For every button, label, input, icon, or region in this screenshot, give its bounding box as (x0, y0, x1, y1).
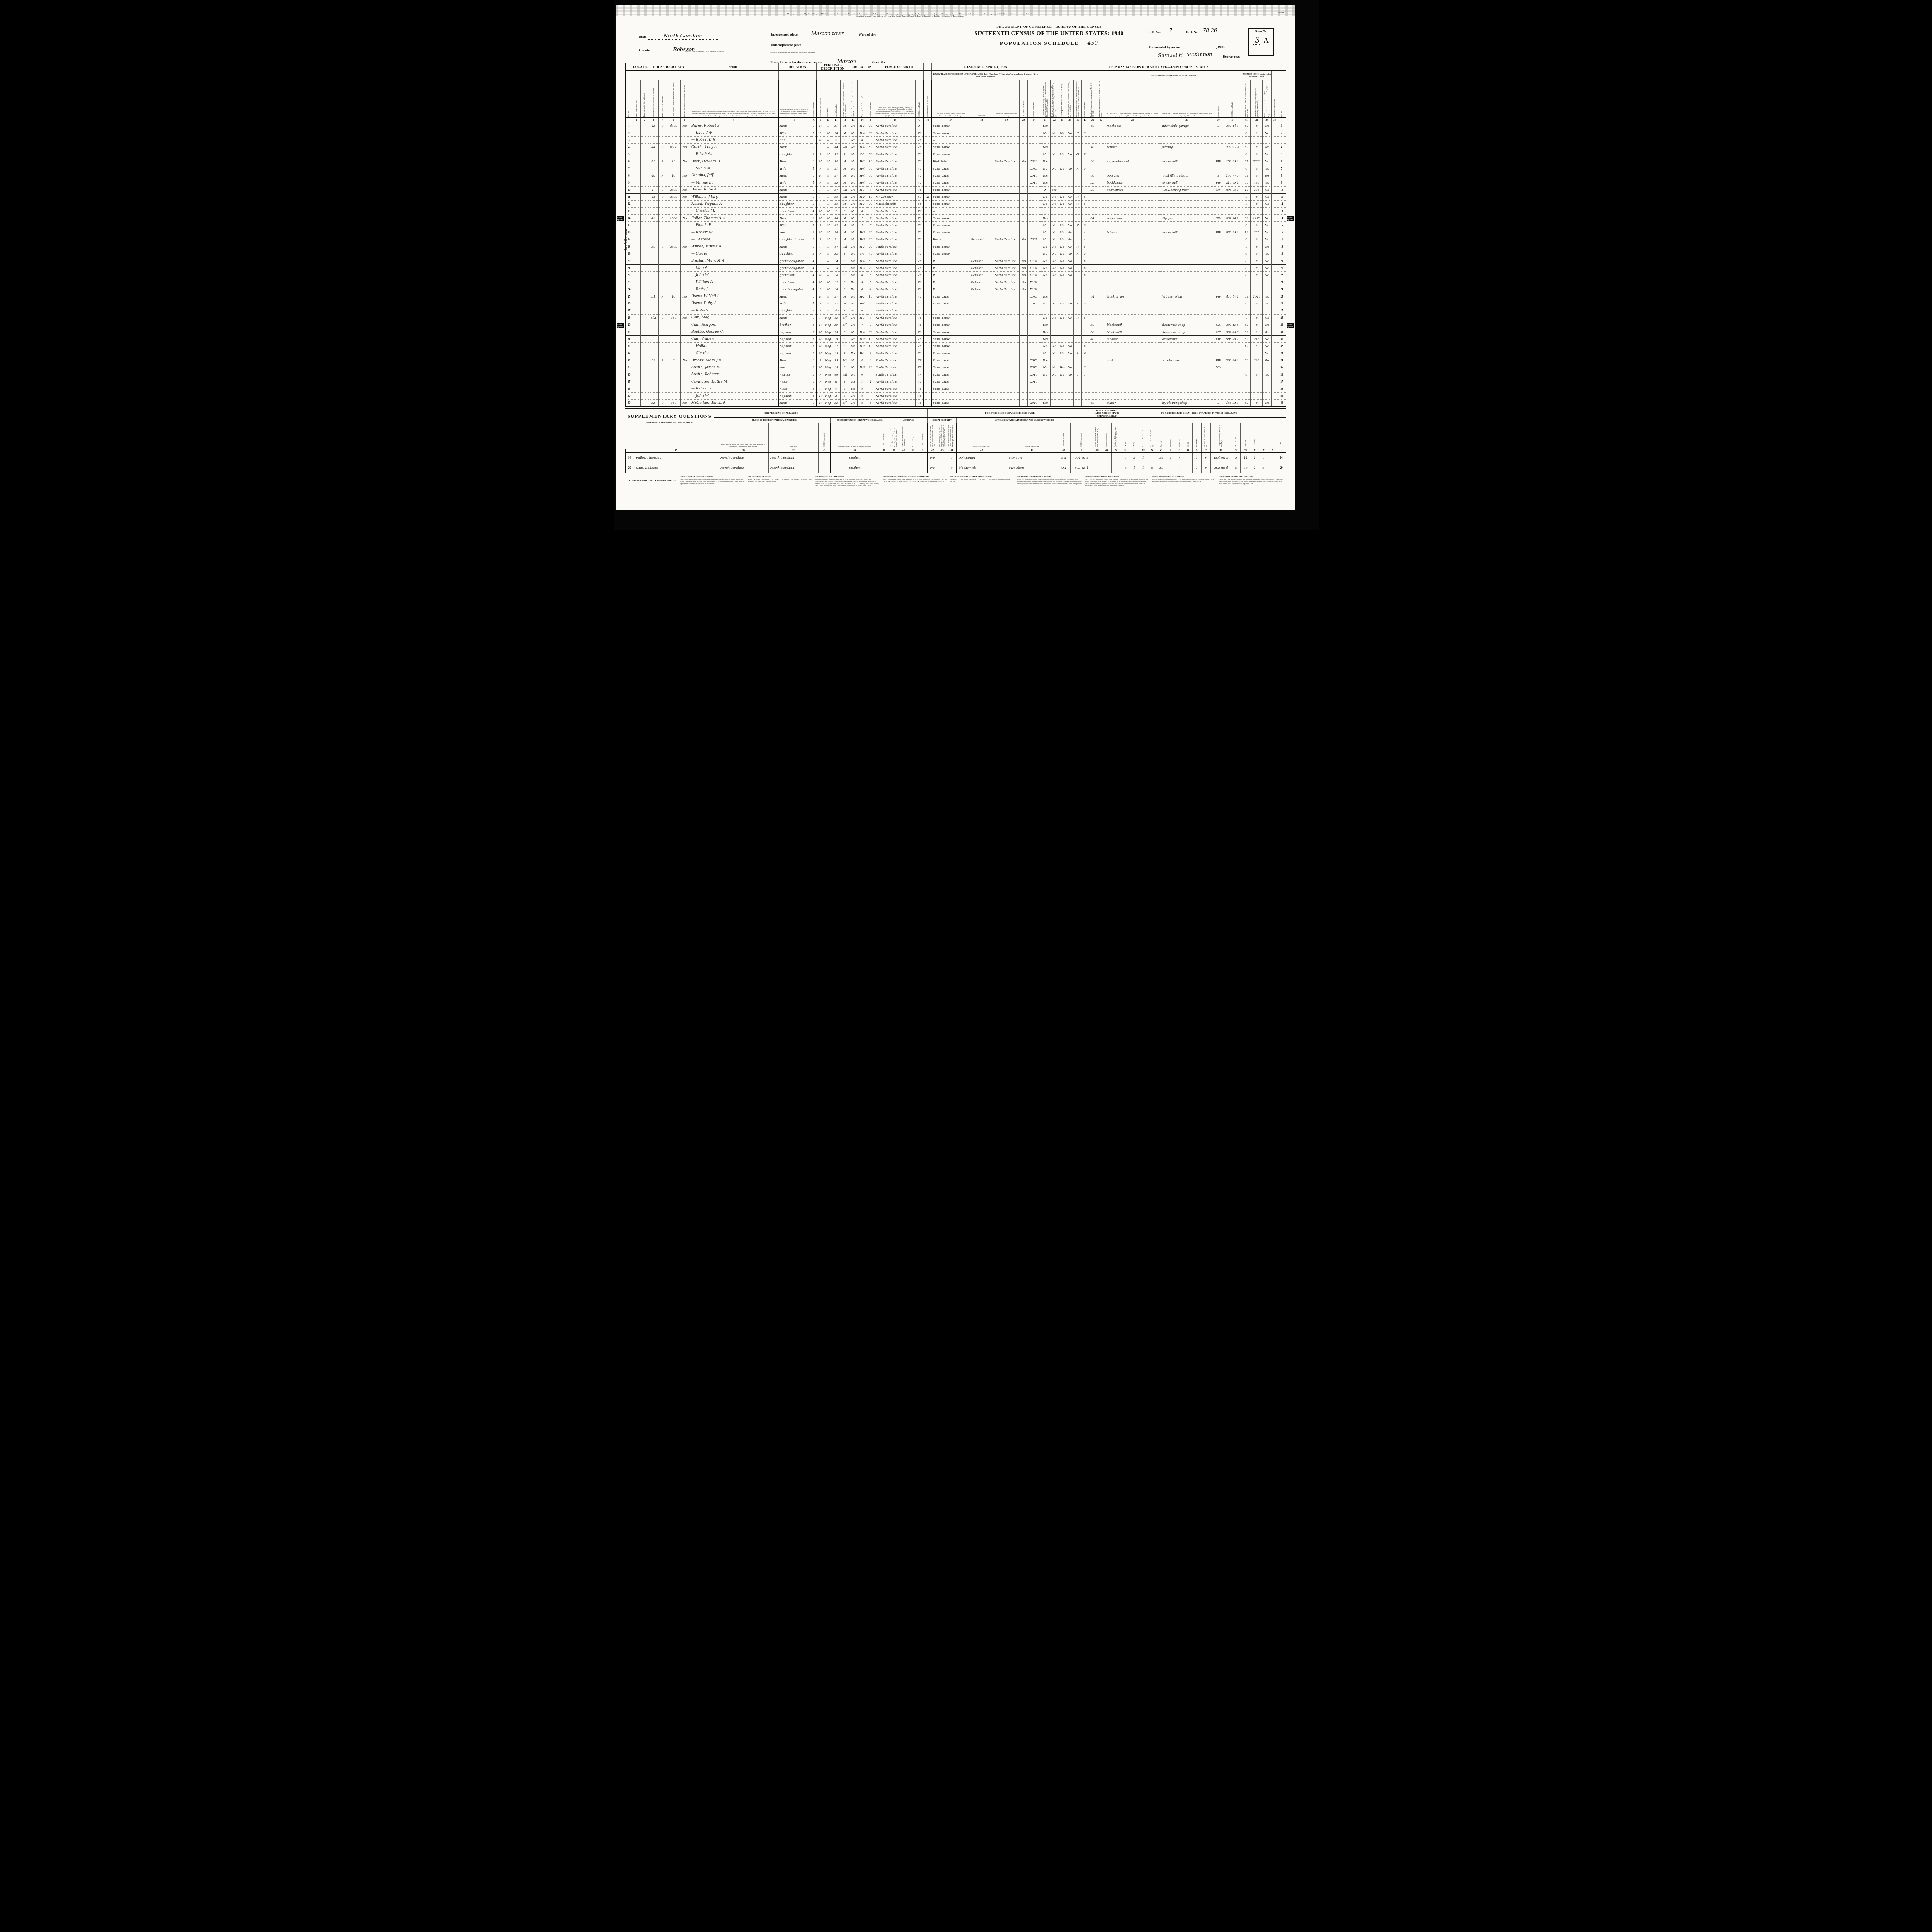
cell: Neg (824, 335, 832, 342)
cell: 76 (915, 328, 923, 335)
cell: No (1263, 179, 1271, 186)
cell: No (1066, 222, 1074, 229)
cell (908, 463, 918, 473)
cell: 2 (810, 151, 817, 158)
cell: 496 06 2 (1223, 186, 1242, 193)
cell (1223, 364, 1242, 371)
cell (1074, 158, 1082, 165)
cell: 6 (1082, 343, 1088, 350)
cell: superintendent (1105, 158, 1160, 165)
cell (633, 272, 641, 279)
cell: 1 (810, 129, 817, 136)
cell: 1 (1192, 463, 1201, 473)
cell: PW (1214, 335, 1223, 342)
cell: H-4 (857, 257, 867, 264)
cell (1105, 264, 1160, 271)
cell: Same house (931, 321, 970, 328)
column-header: Is this person a veteran of the United S… (889, 423, 899, 448)
cell (680, 201, 689, 207)
column-group-header (849, 71, 874, 80)
cell (1105, 378, 1160, 385)
cell: No (1263, 236, 1271, 243)
cell: No (1050, 343, 1058, 350)
cell (1271, 343, 1278, 350)
cell (658, 364, 667, 371)
sheet-number-label: Sheet No. (1249, 30, 1273, 33)
cell (923, 300, 931, 307)
cell (1082, 158, 1088, 165)
cell: 0 (1242, 314, 1251, 321)
cell: 5 (1148, 463, 1156, 473)
cell (1050, 293, 1058, 300)
cell: M (817, 400, 824, 406)
column-header: Value of home, if owned, or monthly rent… (667, 80, 680, 118)
cell: 76 (915, 392, 923, 399)
cell: 750 (667, 314, 680, 321)
cell (1160, 364, 1214, 371)
line-number: 8 (1278, 172, 1286, 179)
cell (633, 215, 641, 222)
line-number: 14 (1277, 453, 1286, 463)
cell: No (1058, 257, 1066, 264)
column-number: E (1082, 118, 1088, 122)
cell (1223, 350, 1242, 357)
cell: H-3 (857, 364, 867, 371)
cell (1097, 222, 1105, 229)
cell (641, 264, 648, 271)
cell (923, 186, 931, 193)
column-header (1259, 423, 1268, 448)
cell (993, 144, 1019, 151)
cell (923, 335, 931, 342)
cell: Yes (849, 350, 857, 357)
cell (1050, 307, 1058, 314)
cell (1082, 328, 1088, 335)
cell: 76 (915, 279, 923, 286)
cell (1066, 122, 1074, 129)
cell: North Carolina (874, 378, 916, 385)
scanned-census-sheet: 16-22A Your report is required by Act of… (614, 0, 1319, 530)
cell: Yes (1040, 158, 1050, 165)
column-group-header: OCCUPATION, INDUSTRY, AND CLASS OF WORKE… (1105, 71, 1242, 80)
note-section: Col. 5. VALUE OF HOME, IF OWNED:Where ow… (680, 476, 745, 487)
cell (641, 207, 648, 214)
cell: 0 (1242, 201, 1251, 207)
cell (648, 179, 658, 186)
cell: No (849, 250, 857, 257)
cell: No (1050, 236, 1058, 243)
cell: V (1201, 453, 1210, 463)
cell (1050, 179, 1058, 186)
cell: mechanic (1105, 122, 1160, 129)
note-section: Col. 41. WAR OR MILITARY SERVICE:World W… (1219, 476, 1284, 487)
cell (923, 165, 931, 172)
cell (1160, 129, 1214, 136)
cell: Yes (1040, 179, 1050, 186)
column-header: USUAL OCCUPATION (957, 423, 1007, 448)
cell: 76 (915, 385, 923, 392)
cell: 0 (810, 172, 817, 179)
cell (658, 350, 667, 357)
column-header: If not, was he at work on, or assigned t… (1050, 80, 1058, 118)
cell: 76 (915, 300, 923, 307)
column-header: COUNTY (970, 80, 993, 118)
cell: niece (778, 378, 810, 385)
cell (1088, 350, 1097, 357)
cell (1027, 129, 1040, 136)
cell: 0 (947, 463, 957, 473)
column-header: Color or race (824, 80, 832, 118)
column-header: USUAL INDUSTRY (1007, 423, 1057, 448)
cell: S (840, 207, 849, 214)
column-header: Fm. res. and Sex (6 and 9) (1139, 423, 1148, 448)
line-number: 13 (625, 207, 633, 214)
cell (1058, 357, 1066, 364)
cell: Yes (1066, 229, 1074, 236)
line-number: 37 (625, 378, 633, 385)
line-number: 21 (1278, 264, 1286, 271)
line-number: 33 (625, 350, 633, 357)
column-header: Occupation, industry, and class of worke… (1210, 423, 1232, 448)
cell (918, 453, 928, 463)
cell: No (1058, 165, 1066, 172)
cell (970, 321, 993, 328)
cell: North Carolina (874, 400, 916, 406)
cell: — Robert E Jr (689, 136, 779, 143)
cell: brother (778, 321, 810, 328)
column-number: A (810, 118, 817, 122)
cell: 76 (915, 307, 923, 314)
line-number: 21 (625, 264, 633, 271)
cell: Same house (931, 122, 970, 129)
cell (658, 343, 667, 350)
cell (1271, 314, 1278, 321)
cell (1027, 328, 1040, 335)
cell: Same place (931, 357, 970, 364)
column-header: Line No. (625, 80, 633, 118)
cell: W (824, 300, 832, 307)
cell: H (1074, 243, 1082, 250)
column-number: 2 (641, 118, 648, 122)
cell (889, 453, 899, 463)
ed-label: E. D. No. (1186, 30, 1199, 34)
cell (993, 136, 1019, 143)
cell: F (817, 250, 824, 257)
cell (1074, 236, 1082, 243)
cell: South Carolina (874, 243, 916, 250)
cell (1242, 136, 1251, 143)
cell: H-4 (857, 129, 867, 136)
cell (1066, 286, 1074, 293)
cell (1082, 307, 1088, 314)
cell: No (1066, 201, 1074, 207)
suppl-quest-stamp-right-29: SUPPL. QUEST. (1287, 323, 1294, 328)
cell: No (849, 172, 857, 179)
cell (1223, 207, 1242, 214)
cell (1271, 371, 1278, 378)
cell (1088, 136, 1097, 143)
cell: North Carolina (874, 272, 916, 279)
cell: W (824, 151, 832, 158)
cell (923, 286, 931, 293)
column-number (1278, 118, 1286, 122)
cell: M (840, 179, 849, 186)
cell: S (840, 335, 849, 342)
cell: Neg (824, 378, 832, 385)
column-header: Cit. (16) (1184, 423, 1192, 448)
cell: 4 (867, 357, 874, 364)
cell: 19 (832, 335, 840, 342)
cell: No (1066, 264, 1074, 271)
cell: Yes (1040, 335, 1050, 342)
cell: 156 98 3 (1223, 400, 1242, 406)
cell (633, 264, 641, 271)
cell (680, 335, 689, 342)
column-number (625, 118, 633, 122)
cell: 0 (1251, 151, 1263, 158)
cell (1097, 129, 1105, 136)
cell: S (1074, 343, 1082, 350)
cell: 0 (810, 122, 817, 129)
cell (923, 136, 931, 143)
cell (1074, 357, 1082, 364)
cell: S (840, 250, 849, 257)
cell (867, 307, 874, 314)
column-header: Street, avenue, road, etc. (633, 80, 641, 118)
cell: 45 (648, 158, 658, 165)
cell: S (840, 328, 849, 335)
column-number: R (1184, 448, 1192, 453)
cell (1066, 207, 1074, 214)
cell: H-3 (857, 236, 867, 243)
cell: Covington, Hattie M. (689, 378, 779, 385)
note-section-body: Enter "Yes" for a person (not seeking wo… (1085, 478, 1150, 487)
cell (1027, 335, 1040, 342)
cell: 52 (1242, 215, 1251, 222)
cell (1223, 257, 1242, 264)
column-number: 42 (928, 448, 937, 453)
cell: 0 (1251, 144, 1263, 151)
cell: C-2 (857, 151, 867, 158)
cell: Ot (1074, 151, 1082, 158)
cell: 240 (1251, 335, 1263, 342)
line-number: 24 (1278, 286, 1286, 293)
cell: GW (1214, 215, 1223, 222)
cell (923, 243, 931, 250)
cell (1020, 328, 1027, 335)
cell (923, 293, 931, 300)
cell: North Carolina (874, 186, 916, 193)
suppl-quest-stamp-right-14: SUPPL. QUEST. (1287, 216, 1294, 221)
cell: Same place (931, 385, 970, 392)
cell: 50 (1242, 357, 1251, 364)
cell: 5 (1082, 193, 1088, 200)
cell: 2500 (667, 243, 680, 250)
cell (667, 222, 680, 229)
cell: W (824, 243, 832, 250)
cell: 7631 (1027, 236, 1040, 243)
cell: No (1058, 314, 1066, 321)
cell: 76 (915, 335, 923, 342)
cell: 0 (1242, 236, 1251, 243)
cell: No (680, 400, 689, 406)
cell (1214, 257, 1223, 264)
cell: 00 (1241, 463, 1250, 473)
cell: 0 (1251, 272, 1263, 279)
cell: M (840, 172, 849, 179)
cell: 52 (1242, 335, 1251, 342)
column-header: Line No. (1277, 423, 1286, 448)
cell (658, 272, 667, 279)
cell: H (1074, 314, 1082, 321)
cell: 50 (1088, 321, 1097, 328)
suppl-quest-stamp-left-29: SUPPL. QUEST. (617, 323, 624, 328)
column-group-header (1278, 63, 1286, 71)
cell: 74 (1088, 293, 1097, 300)
cell: H-1 (857, 186, 867, 193)
cell: No (1058, 264, 1066, 271)
cell: Austin, James E. (689, 364, 779, 371)
cell: 2 (1166, 453, 1175, 463)
cell: 0 (810, 193, 817, 200)
cell (1271, 257, 1278, 264)
note-section-body: None....0; Elementary school, 1st to 8th… (883, 478, 947, 483)
cell: 11 (1241, 453, 1250, 463)
cell (1040, 286, 1050, 293)
cell (1097, 136, 1105, 143)
cell (1058, 136, 1066, 143)
line-number: 14 (1278, 215, 1286, 222)
cell: 0 (1242, 129, 1251, 136)
cell (1088, 165, 1097, 172)
cell: No (680, 144, 689, 151)
cell (970, 151, 993, 158)
cell: W (824, 207, 832, 214)
column-header: CODE (Leave blank) (1071, 423, 1092, 448)
cell: F (817, 222, 824, 229)
line-number: 15 (1278, 222, 1286, 229)
cell (641, 378, 648, 385)
cell: No (1050, 350, 1058, 357)
column-number: 21 (1040, 118, 1050, 122)
cell: 4 (810, 279, 817, 286)
cell (1105, 136, 1160, 143)
cell (1050, 321, 1058, 328)
cell: Yes (1040, 400, 1050, 406)
cell: PW (1214, 357, 1223, 364)
line-number: 29 (1278, 321, 1286, 328)
cell: 44 (648, 144, 658, 151)
line-number: 35 (625, 364, 633, 371)
cell (1242, 392, 1251, 399)
cell: H (1074, 300, 1082, 307)
cell: 6 (1082, 272, 1088, 279)
cell: 35 (1088, 179, 1097, 186)
cell: 988 09 1 (1223, 229, 1242, 236)
cell: Head (778, 122, 810, 129)
cell (1148, 453, 1156, 463)
cell: M (840, 293, 849, 300)
line-number: 12 (625, 201, 633, 207)
cell (923, 385, 931, 392)
cell: 52 (1242, 122, 1251, 129)
cell: W (824, 193, 832, 200)
cell: 0 (1242, 264, 1251, 271)
cell: 76 (915, 222, 923, 229)
cell (1074, 144, 1082, 151)
cell: No (1058, 236, 1066, 243)
cell (1040, 136, 1050, 143)
column-header: If so, were deductions made from (1) all… (947, 423, 957, 448)
cell: Neg (824, 343, 832, 350)
cell (923, 201, 931, 207)
cell: No (1263, 186, 1271, 193)
cell (993, 300, 1019, 307)
cell (1020, 179, 1027, 186)
line-number: 13 (1278, 207, 1286, 214)
supplementary-title: SUPPLEMENTARY QUESTIONS (625, 413, 714, 419)
cell (923, 257, 931, 264)
cell (641, 385, 648, 392)
cell (633, 314, 641, 321)
cell (1027, 222, 1040, 229)
cell: No (1040, 350, 1050, 357)
cell: S (1074, 350, 1082, 357)
cell: farmer (1105, 144, 1160, 151)
cell: laborer (1105, 335, 1160, 342)
line-number: 7 (625, 165, 633, 172)
cell: Hasty (931, 236, 970, 243)
cell (1271, 165, 1278, 172)
cell (658, 236, 667, 243)
county-value-handwriting: Robeson (673, 47, 695, 53)
cell: M (817, 293, 824, 300)
cell: M (840, 222, 849, 229)
cell: Neg (824, 400, 832, 406)
cell (1223, 236, 1242, 243)
cell: — Fannie B. (689, 222, 779, 229)
cell (667, 207, 680, 214)
cell: 7 (857, 222, 867, 229)
column-header: Color and nat. (10, 15, 36, and 37) (1148, 423, 1156, 448)
cell (1271, 129, 1278, 136)
cell (1102, 463, 1112, 473)
column-number: O (1156, 448, 1166, 453)
cell (1027, 186, 1040, 193)
cell: No (1040, 236, 1050, 243)
cell: H-1 (857, 350, 867, 357)
cell (680, 328, 689, 335)
cell (1020, 385, 1027, 392)
cell (1105, 257, 1160, 264)
cell: Head (778, 186, 810, 193)
cell (1020, 165, 1027, 172)
cell: No (1040, 343, 1050, 350)
cell (648, 335, 658, 342)
column-header: Usual class of worker (1057, 423, 1070, 448)
cell: North Carolina (874, 321, 916, 328)
cell: blacksmith (957, 463, 1007, 473)
cell: 76 (915, 215, 923, 222)
cell: No (1066, 243, 1074, 250)
cell: No (849, 400, 857, 406)
cell (1027, 122, 1040, 129)
cell: No (1040, 193, 1050, 200)
cell (641, 300, 648, 307)
cell: Same place (931, 378, 970, 385)
column-number: C (915, 118, 923, 122)
cell (1214, 201, 1223, 207)
